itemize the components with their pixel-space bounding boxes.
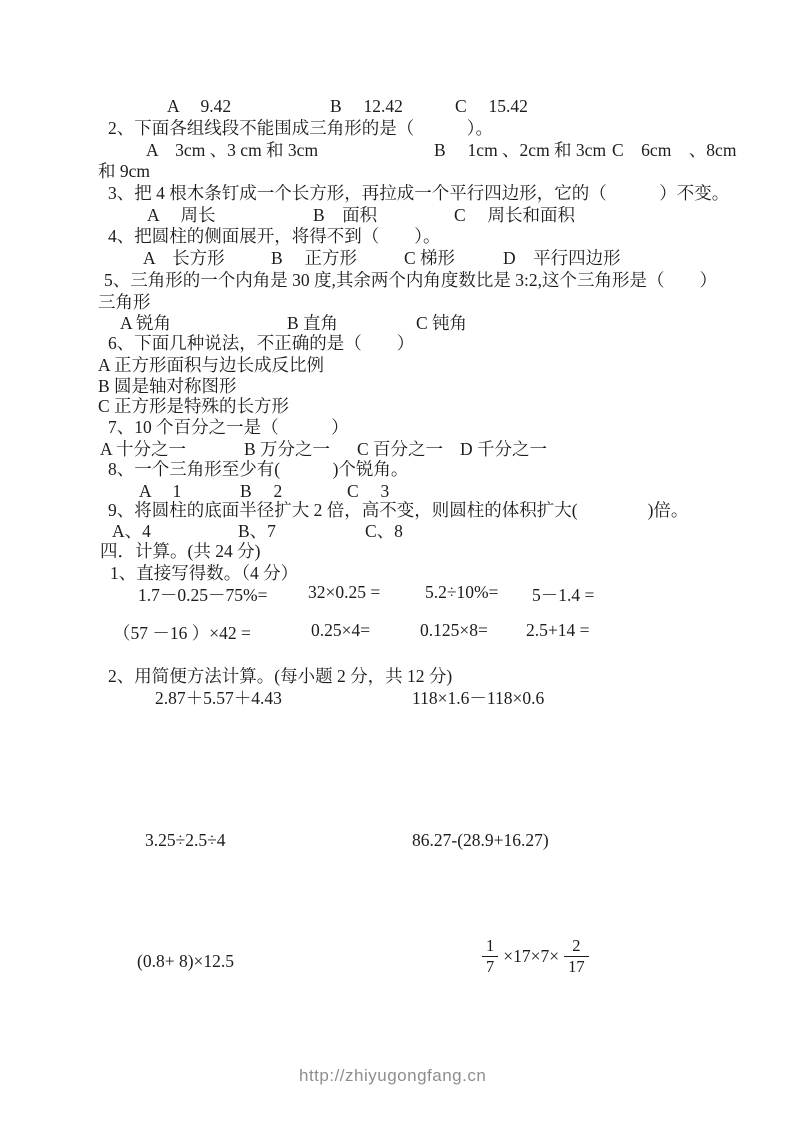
q2-option-a: A 3cm 、3 cm 和 3cm — [146, 137, 318, 162]
q2-option-c: C 6cm 、8cm — [612, 137, 736, 162]
fraction-one-seventh: 1 7 — [482, 937, 498, 976]
simplify-expr: (0.8+ 8)×12.5 — [137, 951, 234, 972]
fraction-denominator: 7 — [482, 957, 498, 976]
simplify-row-2: 3.25÷2.5÷4 86.27-(28.9+16.27) — [0, 830, 793, 854]
fraction-numerator: 2 — [564, 937, 589, 957]
simplify-expr: 86.27-(28.9+16.27) — [412, 830, 549, 851]
calc-row-2: （57 －16 ）×42 = 0.25×4= 0.125×8= 2.5+14 = — [0, 620, 793, 644]
q1-options-row: A 9.42 B 12.42 C 15.42 — [0, 93, 793, 117]
calc-row-1: 1.7－0.25－75%= 32×0.25 = 5.2÷10%= 5－1.4 = — [0, 582, 793, 606]
q5-stem: 5、三角形的一个内角是 30 度,其余两个内角度数比是 3:2,这个三角形是（ … — [104, 267, 717, 292]
q9-option-c: C、8 — [365, 518, 403, 543]
footer-url: http://zhiyugongfang.cn — [299, 1066, 486, 1086]
calc-expr: （57 －16 ）×42 = — [113, 620, 251, 645]
fraction-numerator: 1 — [482, 937, 498, 957]
fraction-expression: 1 7 ×17×7× 2 17 — [480, 937, 591, 976]
simplify-expr: 3.25÷2.5÷4 — [145, 830, 225, 851]
q3-option-c: C 周长和面积 — [454, 202, 575, 227]
calc-expr: 2.5+14 = — [526, 620, 590, 641]
calc-expr: 32×0.25 = — [308, 582, 380, 603]
calc-expr: 1.7－0.25－75%= — [138, 582, 267, 607]
exam-page: A 9.42 B 12.42 C 15.42 2、下面各组线段不能围成三角形的是… — [0, 0, 793, 1122]
simplify-row-1: 2.87＋5.57＋4.43 118×1.6－118×0.6 — [0, 685, 793, 709]
simplify-expr: 118×1.6－118×0.6 — [412, 685, 544, 710]
fraction-denominator: 17 — [564, 957, 589, 976]
q5-option-c: C 钝角 — [416, 310, 467, 335]
calc-expr: 0.125×8= — [420, 620, 488, 641]
calc-expr: 5.2÷10%= — [425, 582, 498, 603]
fraction-middle-terms: ×17×7× — [503, 946, 559, 967]
calc-expr: 0.25×4= — [311, 620, 370, 641]
calc-expr: 5－1.4 = — [532, 582, 594, 607]
q7-option-d: D 千分之一 — [460, 436, 547, 461]
fraction-two-seventeenths: 2 17 — [564, 937, 589, 976]
simplify-expr: 2.87＋5.57＋4.43 — [155, 685, 282, 710]
q4-options-row: A 长方形 B 正方形 C 梯形 D 平行四边形 — [0, 245, 793, 269]
q2-option-b: B 1cm 、2cm 和 3cm — [434, 137, 606, 162]
